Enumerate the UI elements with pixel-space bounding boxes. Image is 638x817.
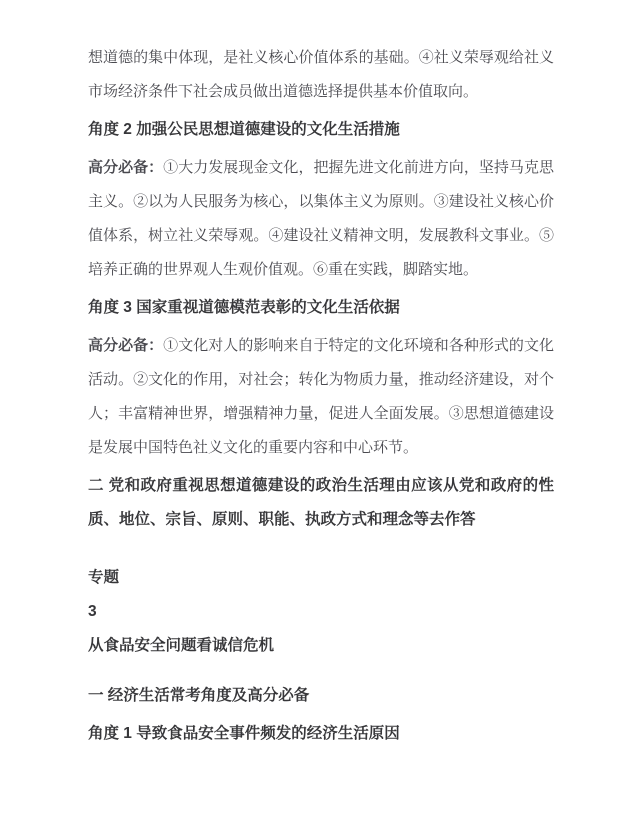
heading-line: 角度 1 导致食品安全事件频发的经济生活原因 bbox=[88, 717, 558, 751]
document-page: 想道德的集中体现，是社义核心价值体系的基础。④社义荣辱观给社义市场经济条件下社会… bbox=[0, 0, 638, 817]
heading-block: 专题3从食品安全问题看诚信危机 bbox=[88, 561, 558, 663]
text-line: 人；丰富精神世界，增强精神力量，促进人全面发展。③思想道德建设 bbox=[88, 397, 554, 431]
text-line: 想道德的集中体现，是社义核心价值体系的基础。④社义荣辱观给社义 bbox=[88, 41, 554, 75]
heading-line: 一 经济生活常考角度及高分必备 bbox=[88, 679, 558, 713]
heading-line: 角度 2 加强公民思想道德建设的文化生活措施 bbox=[88, 113, 558, 147]
heading-line: 质、地位、宗旨、原则、职能、执政方式和理念等去作答 bbox=[88, 503, 558, 537]
paragraph-block: 高分必备：①文化对人的影响来自于特定的文化环境和各种形式的文化活动。②文化的作用… bbox=[88, 329, 558, 465]
line-text: ①大力发展现金文化，把握先进文化前进方向，坚持马克思 bbox=[163, 160, 554, 176]
text-line: 高分必备：①文化对人的影响来自于特定的文化环境和各种形式的文化 bbox=[88, 329, 554, 363]
gap-spacer bbox=[88, 663, 558, 675]
text-line: 主义。②以为人民服务为核心，以集体主义为原则。③建设社义核心价 bbox=[88, 185, 554, 219]
lead-label: 高分必备： bbox=[88, 338, 163, 354]
heading-block: 二 党和政府重视思想道德建设的政治生活理由应该从党和政府的性质、地位、宗旨、原则… bbox=[88, 469, 558, 537]
text-line: 培养正确的世界观人生观价值观。⑥重在实践，脚踏实地。 bbox=[88, 253, 558, 287]
paragraph-block: 高分必备：①大力发展现金文化，把握先进文化前进方向，坚持马克思主义。②以为人民服… bbox=[88, 151, 558, 287]
heading-block: 一 经济生活常考角度及高分必备 bbox=[88, 679, 558, 713]
text-line: 是发展中国特色社义文化的重要内容和中心环节。 bbox=[88, 431, 558, 465]
heading-block: 角度 1 导致食品安全事件频发的经济生活原因 bbox=[88, 717, 558, 751]
line-text: ①文化对人的影响来自于特定的文化环境和各种形式的文化 bbox=[163, 338, 554, 354]
heading-line: 从食品安全问题看诚信危机 bbox=[88, 629, 558, 663]
heading-line: 二 党和政府重视思想道德建设的政治生活理由应该从党和政府的性 bbox=[88, 469, 554, 503]
heading-block: 角度 3 国家重视道德模范表彰的文化生活依据 bbox=[88, 291, 558, 325]
heading-line: 角度 3 国家重视道德模范表彰的文化生活依据 bbox=[88, 291, 558, 325]
text-line: 值体系，树立社义荣辱观。④建设社义精神文明，发展教科文事业。⑤ bbox=[88, 219, 554, 253]
heading-line: 专题 bbox=[88, 561, 558, 595]
paragraph-block: 想道德的集中体现，是社义核心价值体系的基础。④社义荣辱观给社义市场经济条件下社会… bbox=[88, 41, 558, 109]
text-line: 市场经济条件下社会成员做出道德选择提供基本价值取向。 bbox=[88, 75, 558, 109]
heading-line: 3 bbox=[88, 595, 558, 629]
gap-spacer bbox=[88, 537, 558, 557]
document-content: 想道德的集中体现，是社义核心价值体系的基础。④社义荣辱观给社义市场经济条件下社会… bbox=[88, 41, 558, 751]
text-line: 活动。②文化的作用，对社会；转化为物质力量，推动经济建设，对个 bbox=[88, 363, 554, 397]
lead-label: 高分必备： bbox=[88, 160, 163, 176]
text-line: 高分必备：①大力发展现金文化，把握先进文化前进方向，坚持马克思 bbox=[88, 151, 554, 185]
heading-block: 角度 2 加强公民思想道德建设的文化生活措施 bbox=[88, 113, 558, 147]
